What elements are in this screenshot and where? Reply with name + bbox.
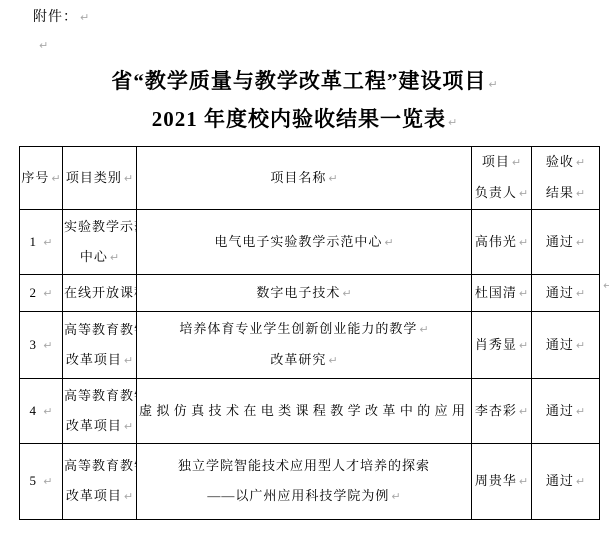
paragraph-mark-icon: ↵ bbox=[519, 287, 528, 300]
table-row: 1 ↵ 实验教学示范 中心↵ 电气电子实验教学示范中心↵ 高伟光↵ 通过↵ bbox=[20, 210, 600, 275]
cell-name: 独立学院智能技术应用型人才培养的探索 ——以广州应用科技学院为例↵ bbox=[137, 444, 472, 520]
cell-category: 在线开放课程↵ bbox=[63, 275, 137, 312]
paragraph-mark-icon: ↵ bbox=[124, 354, 133, 367]
cell-no: 5 ↵ bbox=[20, 444, 63, 520]
paragraph-mark-icon: ↵ bbox=[384, 236, 393, 249]
table-row: 4 ↵ 高等教育教学 改革项目↵ 虚拟仿真技术在电类课程教学改革中的应用 李杏彩… bbox=[20, 379, 600, 444]
paragraph-mark-icon: ↵ bbox=[519, 187, 528, 200]
paragraph-mark-icon: ↵ bbox=[448, 116, 457, 129]
cell-result: 通过↵ bbox=[532, 312, 600, 379]
paragraph-mark-icon: ↵ bbox=[43, 339, 52, 352]
header-cell-name: 项目名称↵ bbox=[137, 147, 472, 210]
paragraph-mark-icon: ↵ bbox=[39, 39, 48, 52]
cell-leader: 高伟光↵ bbox=[472, 210, 532, 275]
paragraph-mark-icon: ↵ bbox=[391, 490, 400, 503]
paragraph-mark-icon: ↵ bbox=[51, 172, 60, 185]
cell-category: 实验教学示范 中心↵ bbox=[63, 210, 137, 275]
table-row: 3 ↵ 高等教育教学 改革项目↵ 培养体育专业学生创新创业能力的教学↵ 改革研究… bbox=[20, 312, 600, 379]
table-header-row: 序号↵ 项目类别↵ 项目名称↵ 项目↵ 负责人↵ 验收↵ 结果↵ bbox=[20, 147, 600, 210]
table-row: 2 ↵ 在线开放课程↵ 数字电子技术↵ 杜国清↵ 通过↵ bbox=[20, 275, 600, 312]
cell-no: 2 ↵ bbox=[20, 275, 63, 312]
paragraph-mark-icon: ↵ bbox=[80, 11, 89, 24]
cell-category: 高等教育教学 改革项目↵ bbox=[63, 312, 137, 379]
cell-name: 电气电子实验教学示范中心↵ bbox=[137, 210, 472, 275]
paragraph-mark-icon: ↵ bbox=[328, 172, 337, 185]
paragraph-mark-icon: ↵ bbox=[419, 323, 428, 336]
cell-result: 通过↵ bbox=[532, 379, 600, 444]
cell-leader: 周贵华↵ bbox=[472, 444, 532, 520]
paragraph-mark-icon: ↵ bbox=[124, 420, 133, 433]
document-title: 省“教学质量与教学改革工程”建设项目↵ 2021 年度校内验收结果一览表↵ bbox=[0, 64, 609, 140]
cell-result: 通过↵ bbox=[532, 210, 600, 275]
paragraph-mark-icon: ↵ bbox=[43, 236, 52, 249]
header-cell-no: 序号↵ bbox=[20, 147, 63, 210]
header-cell-leader: 项目↵ 负责人↵ bbox=[472, 147, 532, 210]
paragraph-mark-icon: ↵ bbox=[576, 405, 585, 418]
cell-leader: 杜国清↵ bbox=[472, 275, 532, 312]
paragraph-mark-icon: ↵ bbox=[576, 187, 585, 200]
cell-no: 4 ↵ bbox=[20, 379, 63, 444]
title-line-2: 2021 年度校内验收结果一览表↵ bbox=[0, 102, 609, 140]
paragraph-mark-icon: ↵ bbox=[576, 339, 585, 352]
paragraph-mark-icon: ↵ bbox=[328, 354, 337, 367]
cell-result: 通过↵ bbox=[532, 275, 600, 312]
paragraph-mark-icon: ↵ bbox=[519, 405, 528, 418]
paragraph-mark-icon: ↵ bbox=[519, 475, 528, 488]
paragraph-mark-icon: ↵ bbox=[124, 490, 133, 503]
paragraph-mark-icon: ↵ bbox=[488, 78, 497, 91]
paragraph-mark-icon: ↵ bbox=[603, 279, 609, 292]
attachment-label-text: 附件： bbox=[33, 10, 78, 25]
paragraph-mark-icon: ↵ bbox=[576, 475, 585, 488]
paragraph-mark-icon: ↵ bbox=[576, 236, 585, 249]
paragraph-mark-icon: ↵ bbox=[43, 475, 52, 488]
table-row: 5 ↵ 高等教育教学 改革项目↵ 独立学院智能技术应用型人才培养的探索 ——以广… bbox=[20, 444, 600, 520]
cell-no: 3 ↵ bbox=[20, 312, 63, 379]
paragraph-mark-icon: ↵ bbox=[110, 251, 119, 264]
cell-name: 数字电子技术↵ bbox=[137, 275, 472, 312]
title-line-1: 省“教学质量与教学改革工程”建设项目↵ bbox=[0, 64, 609, 102]
cell-name: 培养体育专业学生创新创业能力的教学↵ 改革研究↵ bbox=[137, 312, 472, 379]
results-table: 序号↵ 项目类别↵ 项目名称↵ 项目↵ 负责人↵ 验收↵ 结果↵ 1 ↵ 实验教… bbox=[19, 146, 600, 520]
paragraph-mark-icon: ↵ bbox=[576, 156, 585, 169]
paragraph-mark-icon: ↵ bbox=[124, 172, 133, 185]
cell-category: 高等教育教学 改革项目↵ bbox=[63, 444, 137, 520]
cell-leader: 肖秀显↵ bbox=[472, 312, 532, 379]
paragraph-mark-icon: ↵ bbox=[519, 236, 528, 249]
cell-leader: 李杏彩↵ bbox=[472, 379, 532, 444]
cell-result: 通过↵ bbox=[532, 444, 600, 520]
paragraph-mark-icon: ↵ bbox=[43, 405, 52, 418]
paragraph-mark-icon: ↵ bbox=[519, 339, 528, 352]
empty-paragraph: ↵ bbox=[37, 36, 48, 54]
cell-no: 1 ↵ bbox=[20, 210, 63, 275]
paragraph-mark-icon: ↵ bbox=[576, 287, 585, 300]
cell-category: 高等教育教学 改革项目↵ bbox=[63, 379, 137, 444]
header-cell-category: 项目类别↵ bbox=[63, 147, 137, 210]
paragraph-mark-icon: ↵ bbox=[512, 156, 521, 169]
paragraph-mark-icon: ↵ bbox=[342, 287, 351, 300]
attachment-label: 附件：↵ bbox=[33, 6, 89, 26]
header-cell-result: 验收↵ 结果↵ bbox=[532, 147, 600, 210]
paragraph-mark-icon: ↵ bbox=[43, 287, 52, 300]
row-end-paragraph-mark: ↵ bbox=[601, 276, 609, 294]
cell-name: 虚拟仿真技术在电类课程教学改革中的应用 bbox=[137, 379, 472, 444]
